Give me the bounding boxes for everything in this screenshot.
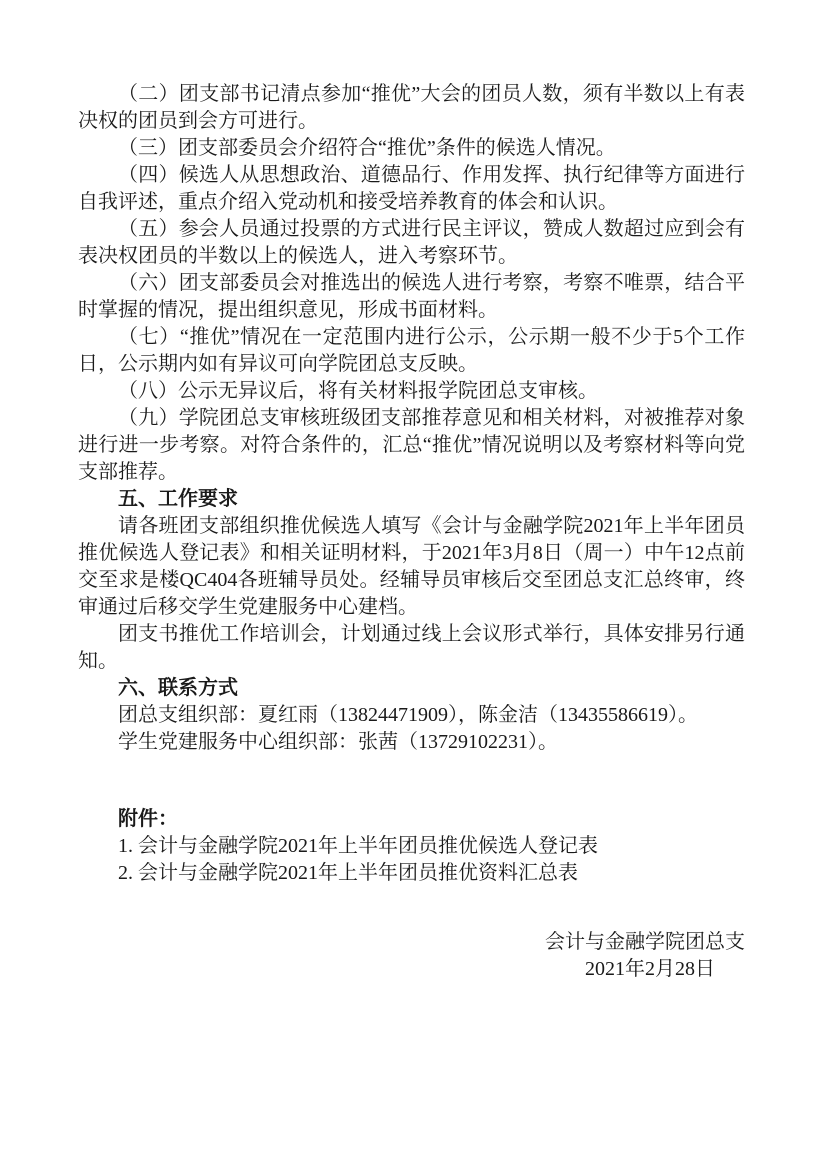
attachment-item-1: 1. 会计与金融学院2021年上半年团员推优候选人登记表 — [78, 833, 745, 860]
work-requirements-paragraph-2: 团支书推优工作培训会，计划通过线上会议形式举行，具体安排另行通知。 — [78, 621, 745, 675]
contact-line-league-committee: 团总支组织部：夏红雨（13824471909），陈金洁（13435586619）… — [78, 702, 745, 729]
attachment-item-2: 2. 会计与金融学院2021年上半年团员推优资料汇总表 — [78, 860, 745, 887]
list-item-7: （七）“推优”情况在一定范围内进行公示，公示期一般不少于5个工作日，公示期内如有… — [78, 324, 745, 378]
document-page: （二）团支部书记清点参加“推优”大会的团员人数，须有半数以上有表决权的团员到会方… — [0, 0, 827, 1169]
list-item-8: （八）公示无异议后，将有关材料报学院团总支审核。 — [78, 378, 745, 405]
document-content: （二）团支部书记清点参加“推优”大会的团员人数，须有半数以上有表决权的团员到会方… — [78, 81, 745, 983]
attachments-label: 附件： — [78, 806, 745, 833]
list-item-9: （九）学院团总支审核班级团支部推荐意见和相关材料，对被推荐对象进行进一步考察。对… — [78, 405, 745, 486]
contact-line-party-building-center: 学生党建服务中心组织部：张茜（13729102231）。 — [78, 729, 745, 756]
list-item-2: （二）团支部书记清点参加“推优”大会的团员人数，须有半数以上有表决权的团员到会方… — [78, 81, 745, 135]
attachments-block: 附件： 1. 会计与金融学院2021年上半年团员推优候选人登记表 2. 会计与金… — [78, 806, 745, 887]
signature-organization: 会计与金融学院团总支 — [78, 929, 745, 956]
section-heading-contact-info: 六、联系方式 — [78, 675, 745, 702]
signature-date: 2021年2月28日 — [78, 956, 745, 983]
list-item-5: （五）参会人员通过投票的方式进行民主评议，赞成人数超过应到会有表决权团员的半数以… — [78, 216, 745, 270]
signature-block: 会计与金融学院团总支 2021年2月28日 — [78, 929, 745, 983]
list-item-3: （三）团支部委员会介绍符合“推优”条件的候选人情况。 — [78, 135, 745, 162]
work-requirements-paragraph-1: 请各班团支部组织推优候选人填写《会计与金融学院2021年上半年团员推优候选人登记… — [78, 513, 745, 621]
list-item-4: （四）候选人从思想政治、道德品行、作用发挥、执行纪律等方面进行自我评述，重点介绍… — [78, 162, 745, 216]
list-item-6: （六）团支部委员会对推选出的候选人进行考察，考察不唯票，结合平时掌握的情况，提出… — [78, 270, 745, 324]
section-heading-work-requirements: 五、工作要求 — [78, 486, 745, 513]
